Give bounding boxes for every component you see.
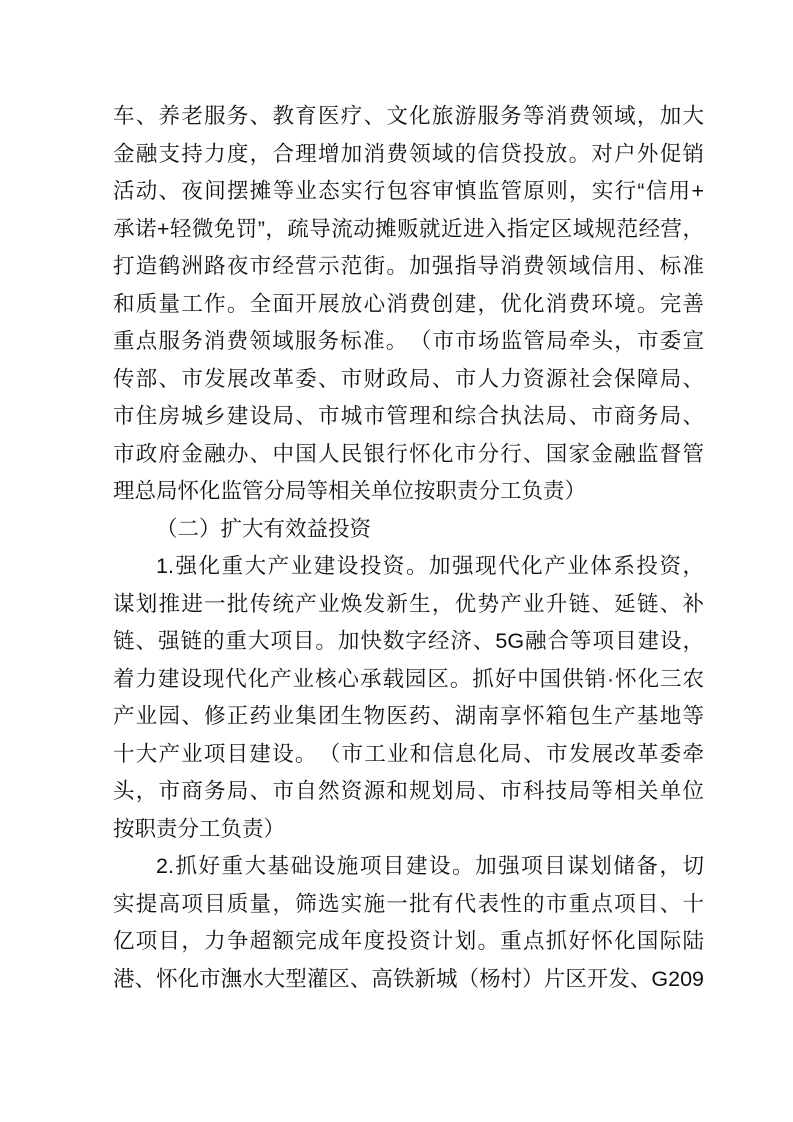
text-line: 头，市商务局、市自然资源和规划局、市科技局等相关单位 xyxy=(113,773,704,811)
text-line: 实提高项目质量，筛选实施一批有代表性的市重点项目、十 xyxy=(113,886,704,924)
text-line: 承诺+轻微免罚”，疏导流动摊贩就近进入指定区域规范经营， xyxy=(113,211,704,249)
document-page: 车、养老服务、教育医疗、文化旅游服务等消费领域，加大金融支持力度，合理增加消费领… xyxy=(0,0,793,1122)
text-line: 港、怀化市潕水大型灌区、高铁新城（杨村）片区开发、G209 xyxy=(113,961,704,999)
text-line: 打造鹤洲路夜市经营示范街。加强指导消费领域信用、标准 xyxy=(113,248,704,286)
text-line: 着力建设现代化产业核心承载园区。抓好中国供销·怀化三农 xyxy=(113,661,704,699)
text-line: 链、强链的重大项目。加快数字经济、5G融合等项目建设， xyxy=(113,623,704,661)
text-line: 十大产业项目建设。 （市工业和信息化局、市发展改革委牵 xyxy=(113,736,704,774)
text-line: 传部、市发展改革委、市财政局、市人力资源社会保障局、 xyxy=(113,361,704,399)
text-line: （二）扩大有效益投资 xyxy=(113,511,704,549)
text-line: 市住房城乡建设局、市城市管理和综合执法局、市商务局、 xyxy=(113,398,704,436)
text-line: 按职责分工负责） xyxy=(113,811,704,849)
text-line: 金融支持力度，合理增加消费领域的信贷投放。对户外促销 xyxy=(113,136,704,174)
text-line: 重点服务消费领域服务标准。 （市市场监管局牵头，市委宣 xyxy=(113,323,704,361)
text-line: 亿项目，力争超额完成年度投资计划。重点抓好怀化国际陆 xyxy=(113,923,704,961)
document-body-text: 车、养老服务、教育医疗、文化旅游服务等消费领域，加大金融支持力度，合理增加消费领… xyxy=(113,98,704,998)
text-line: 谋划推进一批传统产业焕发新生，优势产业升链、延链、补 xyxy=(113,586,704,624)
text-line: 市政府金融办、中国人民银行怀化市分行、国家金融监督管 xyxy=(113,436,704,474)
text-line: 和质量工作。全面开展放心消费创建，优化消费环境。完善 xyxy=(113,286,704,324)
text-line: 1.强化重大产业建设投资。加强现代化产业体系投资， xyxy=(113,548,704,586)
text-line: 活动、夜间摆摊等业态实行包容审慎监管原则，实行“信用+ xyxy=(113,173,704,211)
text-line: 2.抓好重大基础设施项目建设。加强项目谋划储备，切 xyxy=(113,848,704,886)
text-line: 车、养老服务、教育医疗、文化旅游服务等消费领域，加大 xyxy=(113,98,704,136)
text-line: 理总局怀化监管分局等相关单位按职责分工负责） xyxy=(113,473,704,511)
text-line: 产业园、修正药业集团生物医药、湖南享怀箱包生产基地等 xyxy=(113,698,704,736)
